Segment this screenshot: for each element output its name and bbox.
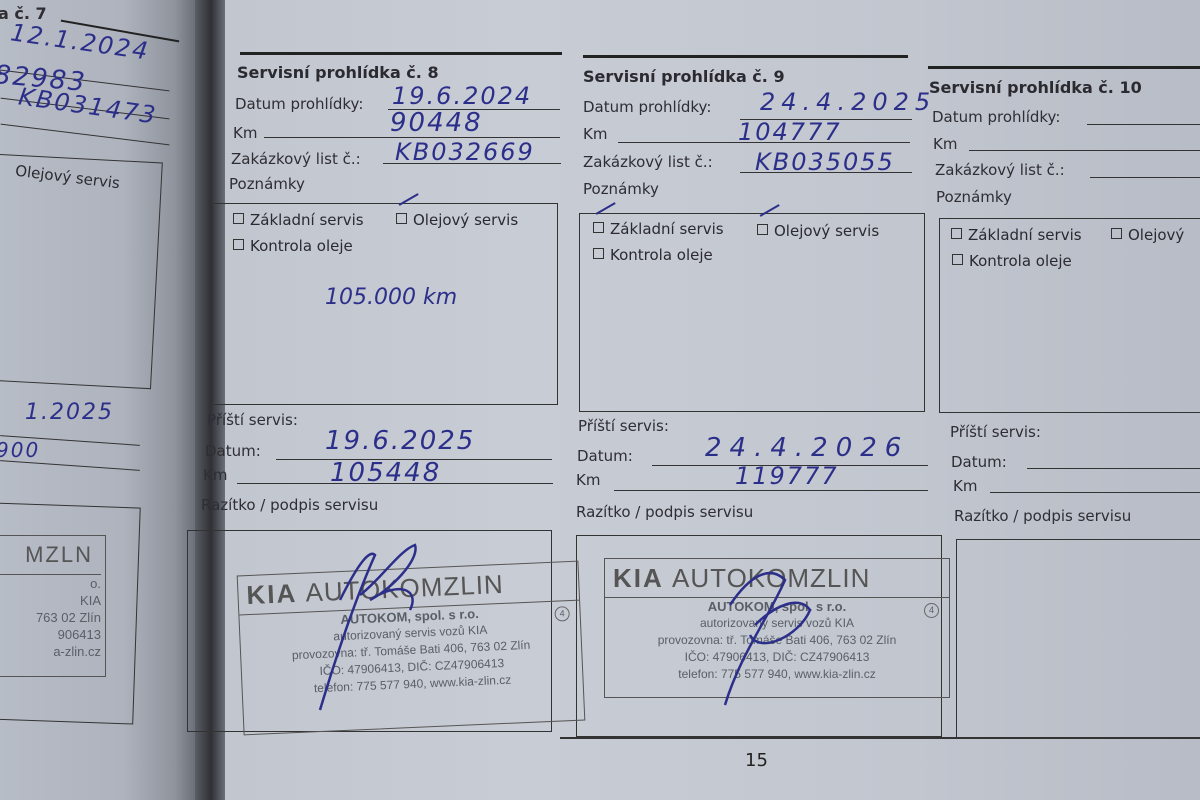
checkbox-unchecked-icon[interactable] — [233, 213, 244, 224]
previous-page: a č. 7 12.1.2024 82983 KB031473 Olejový … — [0, 0, 205, 800]
inspection-10-date-label: Datum prohlídky: — [932, 108, 1060, 126]
inspection-9-order-value: KB035055 — [755, 148, 895, 176]
option-label: Kontrola oleje — [969, 252, 1072, 270]
inspection-10-next-date-field[interactable] — [1027, 468, 1200, 469]
checkbox-unchecked-icon[interactable] — [233, 239, 244, 250]
inspection-8-next-km-label: Km — [203, 466, 227, 484]
checkbox-unchecked-icon[interactable] — [1111, 228, 1122, 239]
kia-logo: KIA — [246, 578, 297, 610]
option-label: Základní servis — [610, 220, 724, 238]
inspection-10-order-label: Zakázkový list č.: — [935, 161, 1065, 179]
option-label: Olejový — [1128, 226, 1184, 244]
inspection-9-km-label: Km — [583, 125, 607, 143]
prev-notes-box — [0, 154, 163, 389]
inspection-9-next-km-value: 119777 — [735, 462, 839, 490]
signature-9 — [700, 555, 830, 715]
option-label: Kontrola oleje — [250, 237, 353, 255]
checkbox-unchecked-icon[interactable] — [951, 228, 962, 239]
inspection-9-top-rule — [583, 55, 908, 58]
inspection-9-date-label: Datum prohlídky: — [583, 98, 711, 116]
inspection-9-next-label: Příští servis: — [578, 417, 669, 435]
inspection-8-km-label: Km — [233, 124, 257, 142]
option-label: Kontrola oleje — [610, 246, 713, 264]
inspection-8-next-km-value: 105448 — [330, 458, 441, 488]
prev-stamp-line: o. — [0, 575, 101, 592]
inspection-10-option-basic[interactable]: Základní servis — [951, 226, 1082, 244]
inspection-10-next-km-field[interactable] — [990, 492, 1200, 493]
prev-next-km-value: 900 — [0, 438, 40, 462]
prev-stamp: MZLN o. KIA 763 02 Zlín 906413 a-zlin.cz — [0, 535, 106, 677]
inspection-10-option-oil[interactable]: Olejový — [1111, 226, 1184, 244]
prev-stamp-line: KIA — [0, 592, 101, 609]
inspection-9-option-basic[interactable]: Základní servis — [593, 220, 724, 238]
prev-next-km-line — [0, 460, 140, 471]
inspection-8-notes-label: Poznámky — [229, 175, 305, 193]
inspection-10-next-label: Příští servis: — [950, 423, 1041, 441]
page-bottom-rule — [560, 737, 1200, 739]
inspection-9-option-oil[interactable]: Olejový servis — [757, 222, 879, 240]
inspection-8-top-rule — [240, 52, 562, 55]
inspection-10-title: Servisní prohlídka č. 10 — [929, 78, 1142, 97]
inspection-9-date-value: 24.4.2025 — [760, 88, 936, 116]
checkbox-unchecked-icon[interactable] — [593, 248, 604, 259]
checkbox-unchecked-icon[interactable] — [952, 254, 963, 265]
prev-next-date-value: 1.2025 — [25, 400, 114, 425]
prev-stamp-logo: MZLN — [0, 536, 101, 575]
inspection-8-next-date-label: Datum: — [205, 442, 261, 460]
inspection-10-order-field[interactable] — [1090, 177, 1200, 178]
option-label: Olejový servis — [774, 222, 879, 240]
signature-8 — [300, 540, 440, 720]
checkbox-checked-icon[interactable] — [757, 224, 768, 235]
inspection-8-next-label: Příští servis: — [207, 411, 298, 429]
inspection-8-next-date-value: 19.6.2025 — [325, 426, 475, 456]
inspection-9-notes-box — [579, 213, 925, 412]
inspection-10-km-label: Km — [933, 135, 957, 153]
inspection-9-next-km-label: Km — [576, 471, 600, 489]
inspection-8-option-basic[interactable]: Základní servis — [233, 211, 364, 229]
inspection-9-option-oil-check[interactable]: Kontrola oleje — [593, 246, 713, 264]
prev-order-value: KB031473 — [17, 82, 159, 129]
checkbox-checked-icon[interactable] — [396, 213, 407, 224]
inspection-9-stamp-label: Razítko / podpis servisu — [576, 503, 753, 521]
prev-stamp-line: a-zlin.cz — [0, 643, 101, 660]
inspection-9-order-label: Zakázkový list č.: — [583, 153, 713, 171]
inspection-8-note-text: 105.000 km — [325, 285, 457, 310]
inspection-10-top-rule — [928, 66, 1200, 69]
page-number: 15 — [745, 750, 768, 771]
inspection-10-notes-box[interactable] — [939, 218, 1200, 413]
prev-stamp-line: 763 02 Zlín — [0, 609, 101, 626]
inspection-10-date-field[interactable] — [1087, 124, 1200, 125]
inspection-8-km-value: 90448 — [390, 108, 483, 138]
inspection-10-stamp-label: Razítko / podpis servisu — [954, 507, 1131, 525]
inspection-9-notes-label: Poznámky — [583, 180, 659, 198]
inspection-8-option-oil-check[interactable]: Kontrola oleje — [233, 237, 353, 255]
inspection-8-date-label: Datum prohlídky: — [235, 95, 363, 113]
option-label: Olejový servis — [413, 211, 518, 229]
inspection-10-stamp-box — [956, 539, 1200, 739]
stamp-number-badge: 4 — [924, 603, 939, 618]
option-label: Základní servis — [968, 226, 1082, 244]
inspection-8-option-oil[interactable]: Olejový servis — [396, 211, 518, 229]
inspection-9-next-date-value: 24.4.2026 — [705, 433, 909, 463]
inspection-9-next-km-line — [614, 490, 928, 491]
inspection-8-title: Servisní prohlídka č. 8 — [237, 63, 439, 82]
prev-stamp-line: 906413 — [0, 626, 101, 643]
inspection-10-option-oil-check[interactable]: Kontrola oleje — [952, 252, 1072, 270]
inspection-8-order-label: Zakázkový list č.: — [231, 150, 361, 168]
inspection-10-next-date-label: Datum: — [951, 453, 1007, 471]
inspection-10-notes-label: Poznámky — [936, 188, 1012, 206]
inspection-9-title: Servisní prohlídka č. 9 — [583, 67, 785, 86]
inspection-8-stamp-label: Razítko / podpis servisu — [201, 496, 378, 514]
prev-date-value: 12.1.2024 — [9, 18, 152, 65]
inspection-8-date-value: 19.6.2024 — [392, 82, 532, 110]
inspection-10-km-field[interactable] — [969, 150, 1200, 151]
checkbox-checked-icon[interactable] — [593, 222, 604, 233]
inspection-8-order-value: KB032669 — [395, 138, 535, 166]
inspection-10-next-km-label: Km — [953, 477, 977, 495]
kia-logo: KIA — [613, 563, 663, 593]
option-label: Základní servis — [250, 211, 364, 229]
inspection-9-km-value: 104777 — [738, 118, 842, 146]
inspection-9-next-date-label: Datum: — [577, 447, 633, 465]
